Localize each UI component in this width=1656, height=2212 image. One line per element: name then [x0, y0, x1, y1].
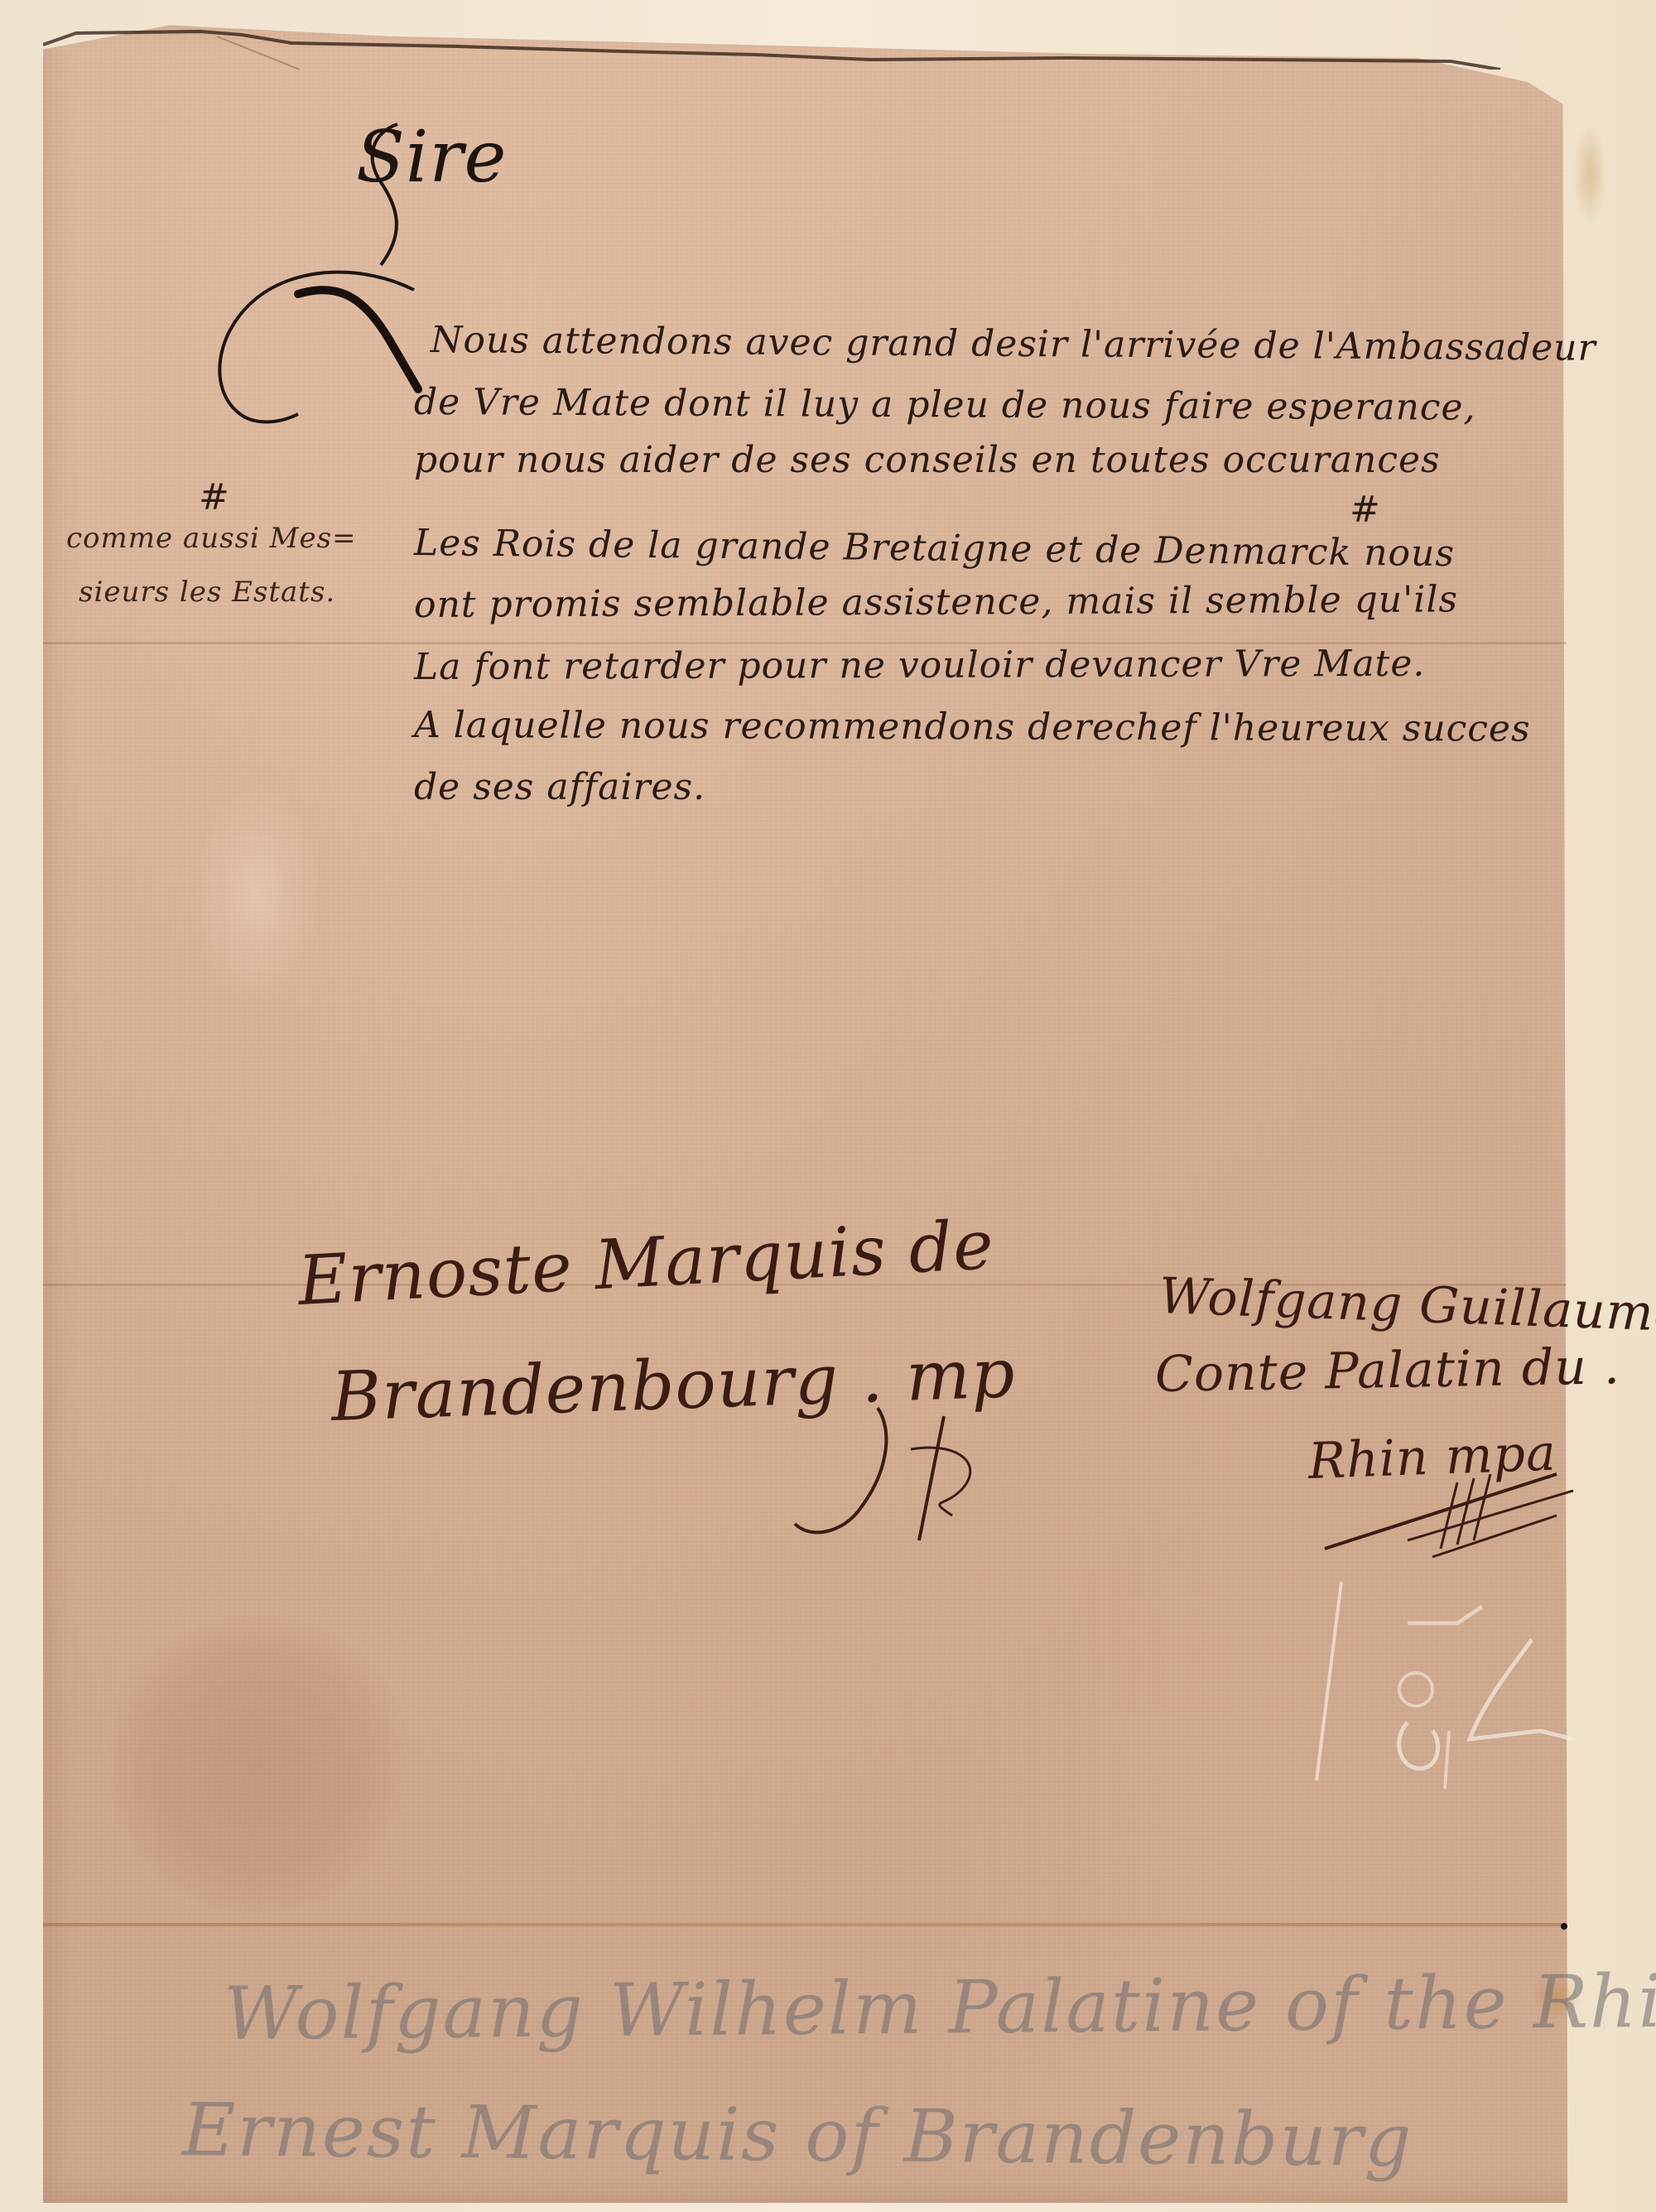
salutation-text: Sire	[356, 116, 507, 199]
insertion-marker: #	[199, 476, 229, 518]
pencil-annotation-line: Ernest Marquis of Brandenburg	[182, 2087, 1413, 2183]
letter-line: de Vre Mate dont il luy a pleu de nous f…	[414, 381, 1476, 429]
ink-dot	[1561, 1923, 1567, 1930]
letter-line: A laquelle nous recommendons derechef l'…	[414, 704, 1531, 750]
fold-line	[43, 1923, 1567, 1926]
letter-line: pour nous aider de ses conseils en toute…	[414, 439, 1441, 481]
margin-note-line: comme aussi Mes=	[66, 522, 357, 555]
insertion-marker: #	[1350, 489, 1380, 531]
pencil-annotation-line: Wolfgang Wilhelm Palatine of the Rhine	[224, 1958, 1656, 2056]
signature-wolfgang-line: Conte Palatin du .	[1154, 1337, 1620, 1404]
salutation: Sire	[356, 116, 507, 199]
signature-wolfgang-line: Rhin mpa	[1307, 1424, 1557, 1491]
letter-line: de ses affaires.	[414, 766, 705, 808]
margin-note-line: sieurs les Estats.	[79, 576, 335, 609]
letter-line: Nous attendons avec grand desir l'arrivé…	[431, 319, 1596, 369]
letter-line: ont promis semblable assistence, mais il…	[414, 578, 1458, 626]
letter-line: La font retarder pour ne vouloir devance…	[414, 643, 1426, 688]
